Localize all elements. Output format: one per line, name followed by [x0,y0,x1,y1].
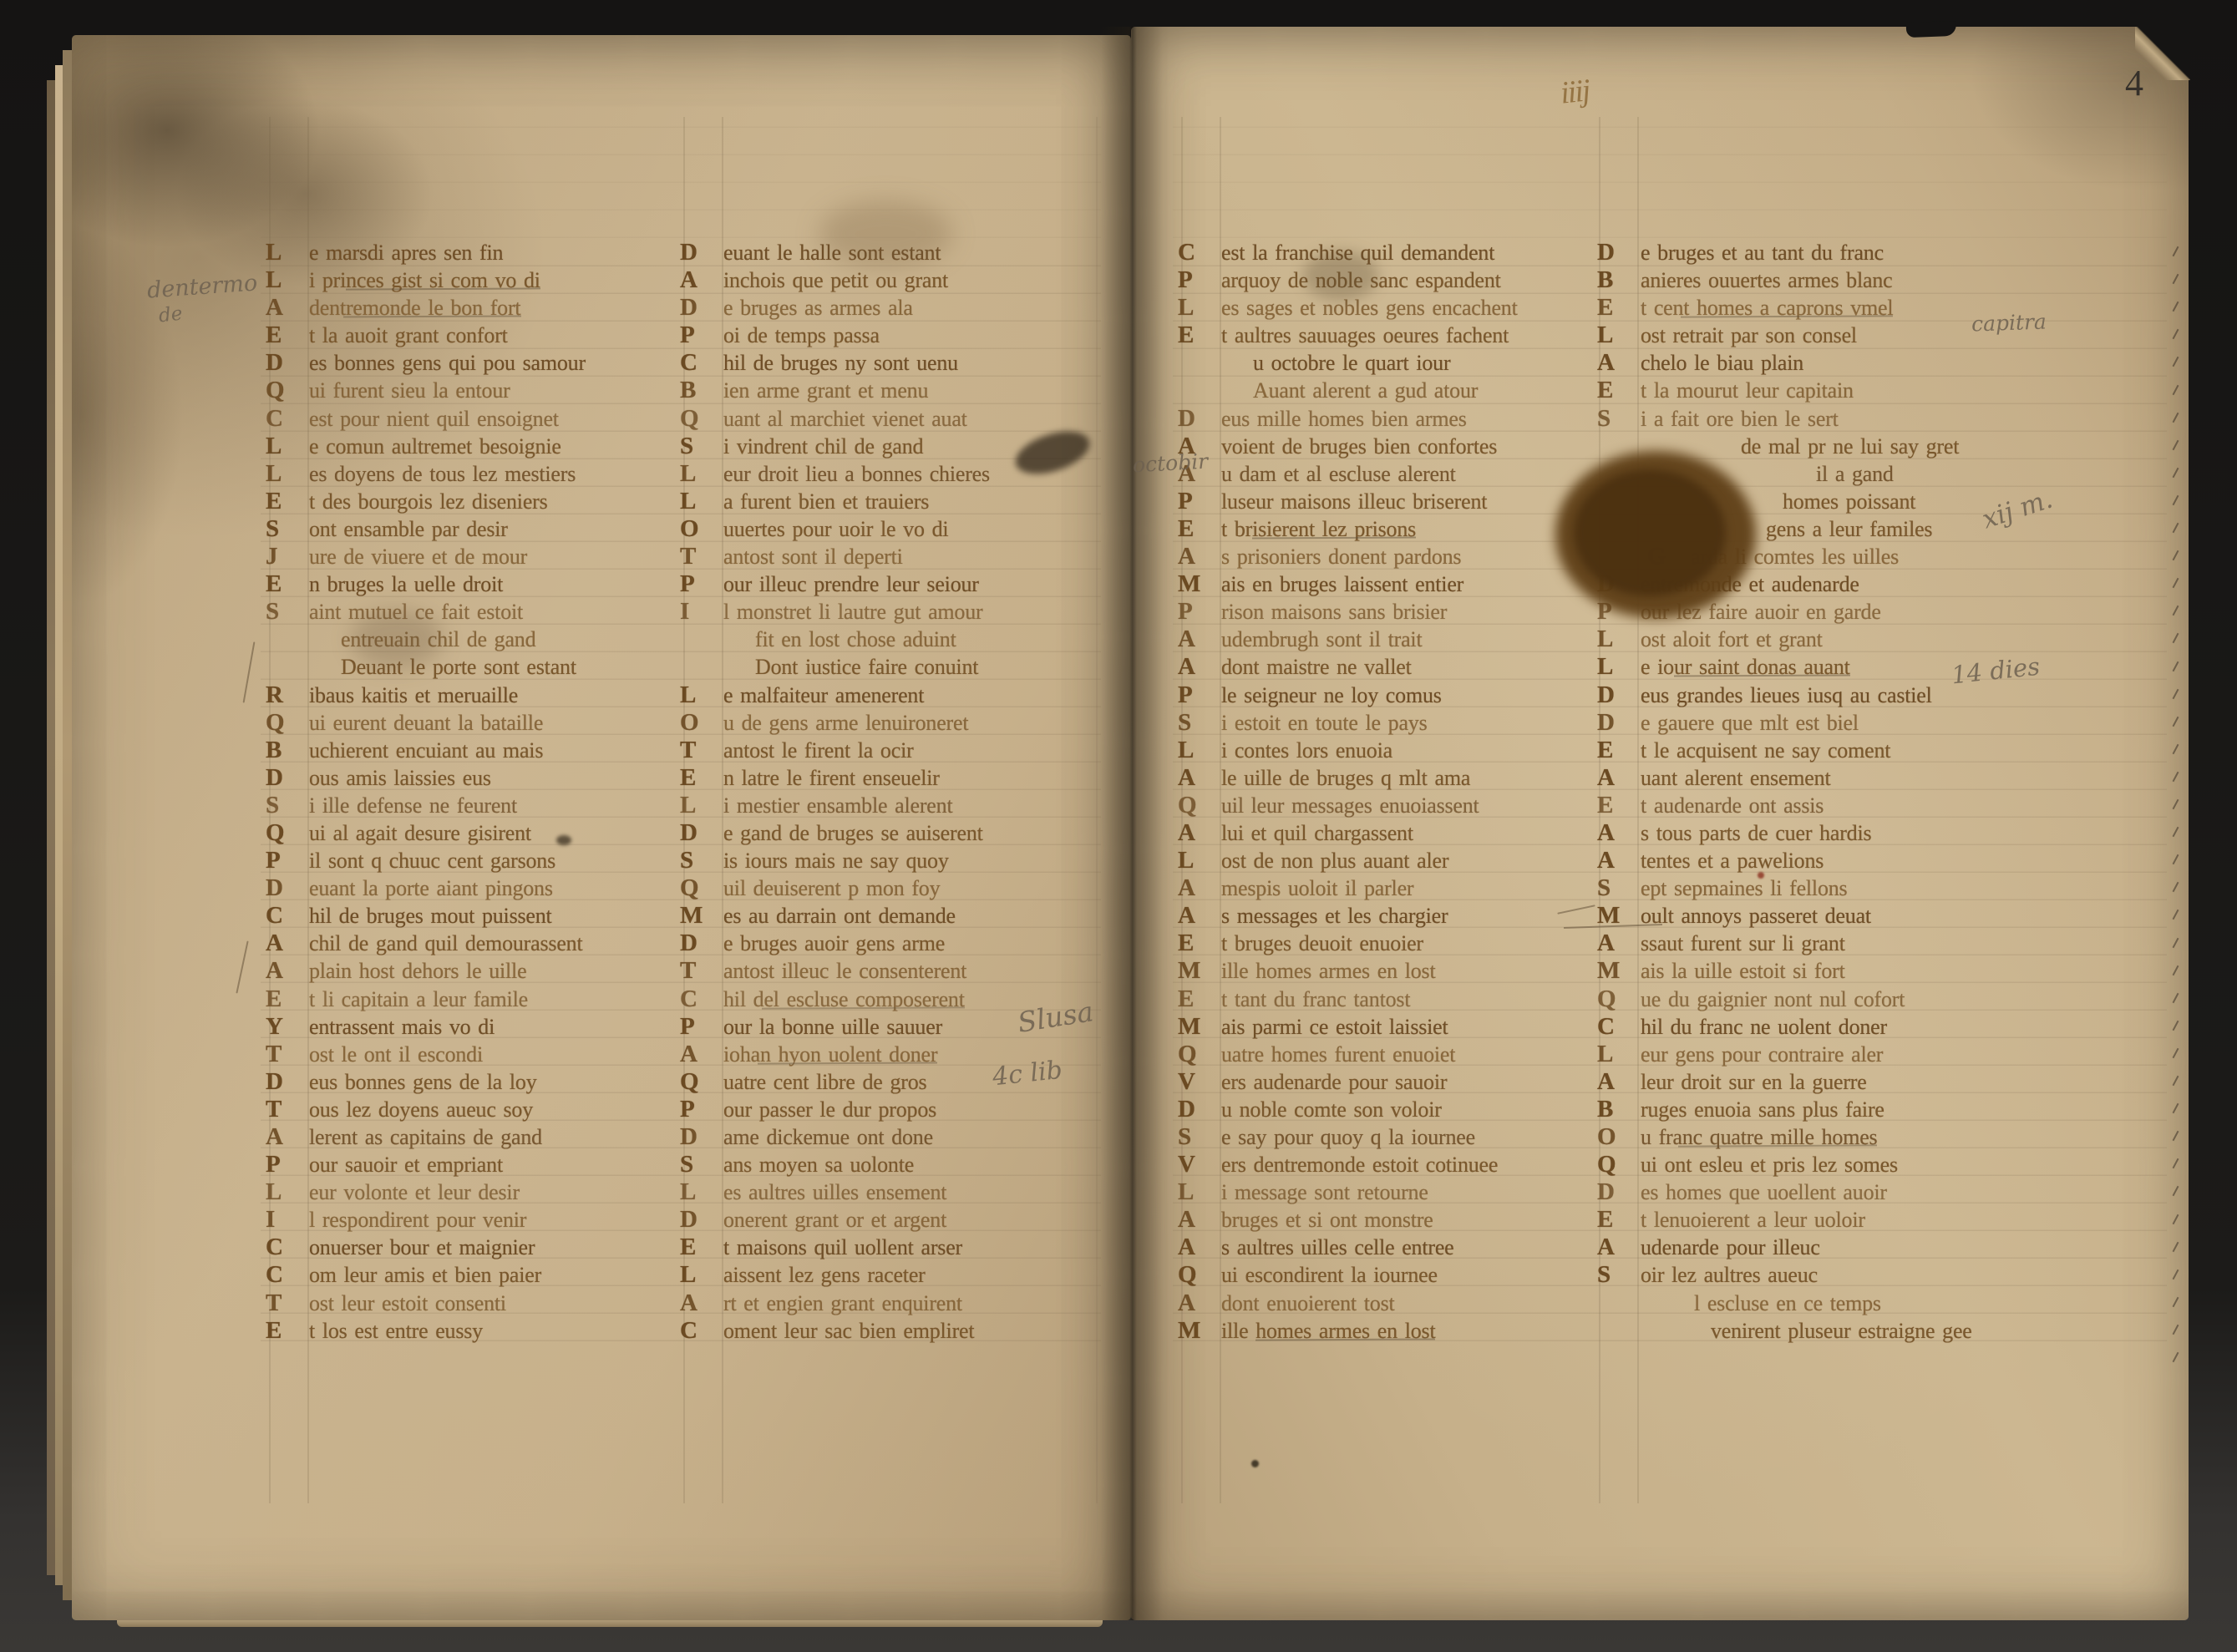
verse-line: Tantost le firent la ocir [680,737,990,764]
verse-line: Donerent grant or et argent [680,1206,990,1234]
line-initial: S [1178,1123,1216,1151]
line-text: ous amis laissies eus [309,766,491,790]
verse-line: Deuant la porte aiant pingons [266,874,586,902]
verse-line: Amespis uoloit il parler [1178,874,1518,902]
line-initial: B [680,377,718,404]
line-text: t li capitain a leur famile [309,987,528,1011]
verse-line: Achelo le biau plain [1597,349,1972,377]
line-initial: M [1178,957,1216,985]
verse-line: Quant al marchiet vienet auat [680,405,990,433]
ink-stain [819,200,952,267]
line-text: u octobre le quart iour [1253,351,1450,375]
line-initial: Q [1178,1261,1216,1289]
line-initial: L [680,460,718,488]
line-text: s messages et les chargier [1221,904,1448,928]
line-text: eus mille homes bien armes [1221,407,1467,431]
line-text: luseur maisons illeuc briserent [1221,489,1487,514]
line-initial: C [266,405,304,433]
verse-line: Leur volonte et leur desir [266,1178,586,1206]
line-text: t maisons quil uollent arser [723,1235,962,1259]
line-initial: D [266,349,304,377]
verse-line: Deus bonnes gens de la loy [266,1068,586,1096]
line-initial: A [1178,874,1216,902]
line-initial: L [1597,653,1636,681]
line-initial: P [1178,598,1216,626]
line-initial: L [1597,322,1636,349]
line-initial: A [1178,653,1216,681]
line-text: is iours mais ne say quoy [723,849,949,873]
line-initial: E [1178,930,1216,957]
line-text: our passer le dur propos [723,1097,936,1122]
line-initial: R [266,682,304,709]
line-initial: P [266,847,304,874]
verse-line: Si vindrent chil de gand [680,433,990,460]
line-initial: D [680,294,718,322]
line-text: s prisoniers donent pardons [1221,545,1461,569]
line-initial: C [1178,239,1216,266]
line-initial: D [680,239,718,266]
verse-line: Coment leur sac bien empliret [680,1317,990,1345]
line-text: uchierent encuiant au mais [309,738,543,763]
line-text: ame dickemue ont done [723,1125,933,1149]
verse-line: Ribaus kaitis et meruaille [266,682,586,709]
verse-line: Pil sont q chuuc cent garsons [266,847,586,874]
line-text: i ille defense ne feurent [309,793,517,818]
line-text: n latre le firent enseuelir [723,766,940,790]
ruling-lines-top-left [261,100,1101,239]
page-number: 4 [2125,62,2143,104]
line-initial: L [1597,1041,1636,1068]
line-initial: E [266,1317,304,1345]
verse-line: Prison maisons sans brisier [1178,598,1518,626]
line-text: es sages et nobles gens encachent [1221,296,1518,320]
line-text: eus grandes lieues iusq au castiel [1641,683,1932,707]
line-initial: A [680,266,718,294]
verse-line: Il monstret li lautre gut amour [680,598,990,626]
line-initial: A [1178,626,1216,653]
line-text: ui eurent deuant la bataille [309,711,543,735]
line-initial: B [1597,266,1636,294]
line-text: ue du gaignier nont nul cofort [1641,987,1905,1011]
margin-note: capitra [1971,309,2047,336]
ink-stain [1251,1460,1259,1467]
verse-line: Mais parmi ce estoit laissiet [1178,1013,1518,1041]
folio-edge [63,50,72,1600]
verse-line: Deus mille homes bien armes [1178,405,1518,433]
verse-line: l escluse en ce temps [1597,1290,1972,1317]
verse-line: Au dam et al escluse alerent [1178,460,1518,488]
line-text: tentes et a pawelions [1641,849,1824,873]
verse-line: Quatre cent libre de gros [680,1068,990,1096]
line-text: hil du franc ne uolent doner [1641,1015,1887,1039]
line-text: chil de gand quil demourassent [309,931,582,955]
verse-line: Et los est entre eussy [266,1317,586,1345]
line-initial: T [680,957,718,985]
line-text: oir lez aultres aueuc [1641,1263,1818,1287]
verse-line: Conuerser bour et maignier [266,1234,586,1261]
parchment-tear [1906,21,1957,38]
line-text: e marsdi apres sen fin [309,241,503,265]
line-text: bruges et si ont monstre [1221,1208,1433,1232]
verse-line: Pour la bonne uille sauuer [680,1013,990,1041]
line-initial: L [266,239,304,266]
line-initial: A [1597,1068,1636,1096]
line-initial: A [1178,902,1216,930]
line-text: es doyens de tous lez mestiers [309,462,576,486]
margin-note: octobir [1132,449,1209,478]
line-initial: L [266,433,304,460]
line-initial: A [266,294,304,322]
line-text: u dam et al escluse alerent [1221,462,1456,486]
line-initial: L [680,1261,718,1289]
line-text: i mestier ensamble alerent [723,793,952,818]
line-text: e iour saint donas auant [1641,655,1850,679]
verse-line: Bien arme grant et menu [680,377,990,404]
line-initial: E [680,764,718,792]
verse-line: As prisoniers donent pardons [1178,543,1518,570]
line-initial: Q [680,405,718,433]
verse-line: Alerent as capitains de gand [266,1123,586,1151]
line-text: il sont q chuuc cent garsons [309,849,555,873]
line-text: es homes que uoellent auoir [1641,1180,1887,1204]
line-initial: O [680,709,718,737]
line-text: ui furent sieu la entour [309,378,510,403]
line-text: ost de non plus auant aler [1221,849,1448,873]
verse-line: Et bruges deuoit enuoier [1178,930,1518,957]
line-text: de mal pr ne lui say gret [1741,434,1959,459]
verse-line: Lost retrait par son consel [1597,322,1972,349]
line-initial: A [1178,764,1216,792]
verse-line: Du noble comte son voloir [1178,1096,1518,1123]
verse-line: Deus grandes lieues iusq au castiel [1597,682,1972,709]
verse-line: Adont enuoierent tost [1178,1290,1518,1317]
line-text: mespis uoloit il parler [1221,876,1413,900]
line-initial: E [1597,294,1636,322]
verse-line: Dous amis laissies eus [266,764,586,792]
line-text: ers audenarde pour sauoir [1221,1070,1447,1094]
verse-line: As messages et les chargier [1178,902,1518,930]
line-initial: Q [1597,986,1636,1013]
verse-line: Le iour saint donas auant [1597,653,1972,681]
line-initial: S [1178,709,1216,737]
line-text: our sauoir et empriant [309,1153,503,1177]
line-text: fit en lost chose aduint [755,627,956,651]
line-initial: J [266,543,304,570]
line-text: uatre homes furent enuoiet [1221,1042,1455,1067]
verse-line: Li contes lors enuoia [1178,737,1518,764]
verse-line: u octobre le quart iour [1178,349,1518,377]
line-initial: L [1178,1178,1216,1206]
verse-line: Sis iours mais ne say quoy [680,847,990,874]
verse-line: Li message sont retourne [1178,1178,1518,1206]
line-initial: A [1597,847,1636,874]
line-text: ous lez doyens aueuc soy [309,1097,533,1122]
line-text: oment leur sac bien empliret [723,1319,974,1343]
line-text: onerent grant or et argent [723,1208,946,1232]
line-text: l escluse en ce temps [1694,1291,1881,1315]
verse-line: De gand de bruges se auiserent [680,819,990,847]
verse-line: Le malfaiteur amenerent [680,682,990,709]
line-text: ille homes armes en lost [1221,1319,1435,1343]
verse-line: Quatre homes furent enuoiet [1178,1041,1518,1068]
verse-line: Tost leur estoit consenti [266,1290,586,1317]
verse-line: Ple seigneur ne loy comus [1178,682,1518,709]
line-text: dentremonde le bon fort [309,296,520,320]
line-text: u de gens arme lenuironeret [723,711,968,735]
line-initial: M [1597,957,1636,985]
line-initial: A [1597,349,1636,377]
verse-line: Dame dickemue ont done [680,1123,990,1151]
line-text: t lenuoierent a leur uoloir [1641,1208,1865,1232]
verse-line: Abruges et si ont monstre [1178,1206,1518,1234]
line-initial: E [266,986,304,1013]
line-text: es au darrain ont demande [723,904,956,928]
line-initial: L [1178,737,1216,764]
line-initial: T [680,737,718,764]
verse-line: Et li capitain a leur famile [266,986,586,1013]
line-text: homes poissant [1783,489,1915,514]
line-text: ssaut furent sur li grant [1641,931,1845,955]
line-text: ui al agait desure gisirent [309,821,531,845]
verse-line: Bruges enuoia sans plus faire [1597,1096,1972,1123]
line-initial: D [680,1123,718,1151]
line-text: ien arme grant et menu [723,378,928,403]
line-text: i a fait ore bien le sert [1641,407,1839,431]
line-initial: D [1597,239,1636,266]
line-text: ost leur estoit consenti [309,1291,506,1315]
line-initial: L [680,792,718,819]
verse-line: Ou franc quatre mille homes [1597,1123,1972,1151]
line-text: le uille de bruges q mlt ama [1221,766,1470,790]
ink-stain [556,835,571,845]
line-text: u franc quatre mille homes [1641,1125,1877,1149]
line-text: i estoit en toute le pays [1221,711,1428,735]
line-text: t audenarde ont assis [1641,793,1824,818]
line-text: a furent bien et trauiers [723,489,929,514]
line-text: rison maisons sans brisier [1221,600,1447,624]
verse-line: Adentremonde le bon fort [266,294,586,322]
line-text: dont maistre ne vallet [1221,655,1412,679]
line-initial: P [680,570,718,598]
line-text: leur droit sur en la guerre [1641,1070,1867,1094]
line-text: gens a leur familes [1766,517,1932,541]
line-text: ibaus kaitis et meruaille [309,683,518,707]
verse-line: Art et engien grant enquirent [680,1290,990,1317]
line-text: aissent lez gens raceter [723,1263,926,1287]
line-initial: E [1178,322,1216,349]
line-text: lui et quil chargassent [1221,821,1413,845]
line-initial: Q [1178,792,1216,819]
text-column-1: Le marsdi apres sen finLi princes gist s… [266,239,586,1345]
line-initial: E [680,1234,718,1261]
verse-line: Pluseur maisons illeuc briserent [1178,488,1518,515]
line-text: i princes gist si com vo di [309,268,540,292]
line-initial: S [680,1151,718,1178]
line-text: eur volonte et leur desir [309,1180,520,1204]
text-column-3: Cest la franchise quil demandentParquoy … [1178,239,1518,1345]
line-initial: D [1178,1096,1216,1123]
line-initial: T [680,543,718,570]
line-initial: L [266,1178,304,1206]
line-initial: B [1597,1096,1636,1123]
line-initial: P [1178,266,1216,294]
line-initial: S [680,433,718,460]
line-initial: T [266,1096,304,1123]
verse-line: Aiohan hyon uolent doner [680,1041,990,1068]
line-text: uil deuiserent p mon foy [723,876,940,900]
line-text: e bruges auoir gens arme [723,931,945,955]
verse-line: Aplain host dehors le uille [266,957,586,985]
line-initial: P [680,322,718,349]
line-text: our la bonne uille sauuer [723,1015,942,1039]
line-text: l monstret li lautre gut amour [723,600,983,624]
text-column-4: De bruges et au tant du francBanieres ou… [1597,239,1972,1345]
ink-stain [1303,251,1378,301]
line-text: hil de bruges mout puissent [309,904,552,928]
folio-edge [47,80,55,1575]
line-text: voient de bruges bien confortes [1221,434,1497,459]
line-initial: A [266,957,304,985]
line-initial: A [266,930,304,957]
verse-line: Achil de gand quil demourassent [266,930,586,957]
verse-line: Dont iustice faire conuint [680,653,990,681]
verse-line: Qui escondirent la iournee [1178,1261,1518,1289]
verse-line: Leur gens pour contraire aler [1597,1041,1972,1068]
line-text: n bruges la uelle droit [309,572,503,596]
line-text: anieres ouuertes armes blanc [1641,268,1892,292]
line-initial: V [1178,1151,1216,1178]
line-initial: A [1178,543,1216,570]
line-text: ept sepmaines li fellons [1641,876,1847,900]
verse-line: Buchierent encuiant au mais [266,737,586,764]
line-text: i contes lors enuoia [1221,738,1392,763]
line-text: t bruges deuoit enuoier [1221,931,1423,955]
line-text: Auant alerent a gud atour [1253,378,1478,403]
line-text: ui escondirent la iournee [1221,1263,1438,1287]
verse-line: Qui al agait desure gisirent [266,819,586,847]
line-text: lerent as capitains de gand [309,1125,542,1149]
verse-line: Et cent homes a caprons vmel [1597,294,1972,322]
line-initial: E [1597,792,1636,819]
line-initial: S [680,847,718,874]
line-initial: C [1597,1013,1636,1041]
line-text: uatre cent libre de gros [723,1070,926,1094]
verse-line: Li mestier ensamble alerent [680,792,990,819]
line-initial: L [1178,847,1216,874]
verse-line: Et brisierent lez prisons [1178,515,1518,543]
line-initial: P [1178,488,1216,515]
line-text: il a gand [1816,462,1894,486]
verse-line: Tantost illeuc le consenterent [680,957,990,985]
verse-line: Sept sepmaines li fellons [1597,874,1972,902]
line-text: t tant du franc tantost [1221,987,1410,1011]
line-text: entrassent mais vo di [309,1015,495,1039]
line-text: l respondirent pour venir [309,1208,526,1232]
verse-line: Si estoit en toute le pays [1178,709,1518,737]
line-initial: A [266,1123,304,1151]
line-initial: L [680,1178,718,1206]
line-initial: L [680,682,718,709]
line-initial: A [1178,1206,1216,1234]
verse-line: Mais la uille estoit si fort [1597,957,1972,985]
verse-line: Les aultres uilles ensement [680,1178,990,1206]
line-text: eur gens pour contraire aler [1641,1042,1883,1067]
line-text: venirent pluseur estraigne gee [1711,1319,1972,1343]
line-text: ais la uille estoit si fort [1641,959,1845,983]
verse-line: Quil deuiserent p mon foy [680,874,990,902]
verse-line: Chil de bruges ny sont uenu [680,349,990,377]
line-initial: L [1178,294,1216,322]
verse-line: Et maisons quil uollent arser [680,1234,990,1261]
verse-line: Ou de gens arme lenuironeret [680,709,990,737]
line-text: e say pour quoy q la iournee [1221,1125,1475,1149]
line-initial: P [680,1013,718,1041]
line-text: chelo le biau plain [1641,351,1803,375]
verse-line: Com leur amis et bien paier [266,1261,586,1289]
line-text: dont enuoierent tost [1221,1291,1395,1315]
line-initial: E [266,488,304,515]
line-initial: T [266,1041,304,1068]
verse-line: Aleur droit sur en la guerre [1597,1068,1972,1096]
line-initial: E [1597,1206,1636,1234]
line-text: uant al marchiet vienet auat [723,407,967,431]
line-initial: A [680,1041,718,1068]
line-text: plain host dehors le uille [309,959,526,983]
verse-line: Pour sauoir et empriant [266,1151,586,1178]
verse-line: Et la mourut leur capitain [1597,377,1972,404]
verse-line: Alui et quil chargassent [1178,819,1518,847]
ink-stain [1574,469,1726,596]
verse-line: Qui eurent deuant la bataille [266,709,586,737]
line-initial: P [680,1096,718,1123]
verse-line: Mais en bruges laissent entier [1178,570,1518,598]
line-text: i message sont retourne [1221,1180,1428,1204]
verse-line: Chil del escluse composerent [680,986,990,1013]
line-initial: D [266,874,304,902]
verse-line: Et lenuoierent a leur uoloir [1597,1206,1972,1234]
verse-line: Si a fait ore bien le sert [1597,405,1972,433]
line-initial: E [266,570,304,598]
margin-note: de [158,303,184,327]
verse-line: Le comun aultremet besoignie [266,433,586,460]
line-initial: E [1178,515,1216,543]
verse-line: De bruges as armes ala [680,294,990,322]
verse-line: En bruges la uelle droit [266,570,586,598]
line-initial: L [1597,626,1636,653]
line-text: est pour nient quil ensoignet [309,407,559,431]
verse-line: Sans moyen sa uolonte [680,1151,990,1178]
line-text: ure de viuere et de mour [309,545,527,569]
verse-line: Qui furent sieu la entour [266,377,586,404]
line-initial: L [266,460,304,488]
line-initial: E [1597,737,1636,764]
line-initial: D [680,930,718,957]
line-text: t aultres sauuages oeures fachent [1221,323,1509,347]
verse-line: La furent bien et trauiers [680,488,990,515]
line-text: s aultres uilles celle entree [1221,1235,1454,1259]
line-initial: Q [680,874,718,902]
verse-line: Yentrassent mais vo di [266,1013,586,1041]
verse-line: Jure de viuere et de mour [266,543,586,570]
verse-line: Lost aloit fort et grant [1597,626,1972,653]
line-initial: C [266,902,304,930]
line-initial: E [266,322,304,349]
line-text: onuerser bour et maignier [309,1235,535,1259]
column-rule [1096,117,1098,1503]
line-text: om leur amis et bien paier [309,1263,541,1287]
line-text: our illeuc prendre leur seiour [723,572,979,596]
line-initial: C [680,1317,718,1345]
